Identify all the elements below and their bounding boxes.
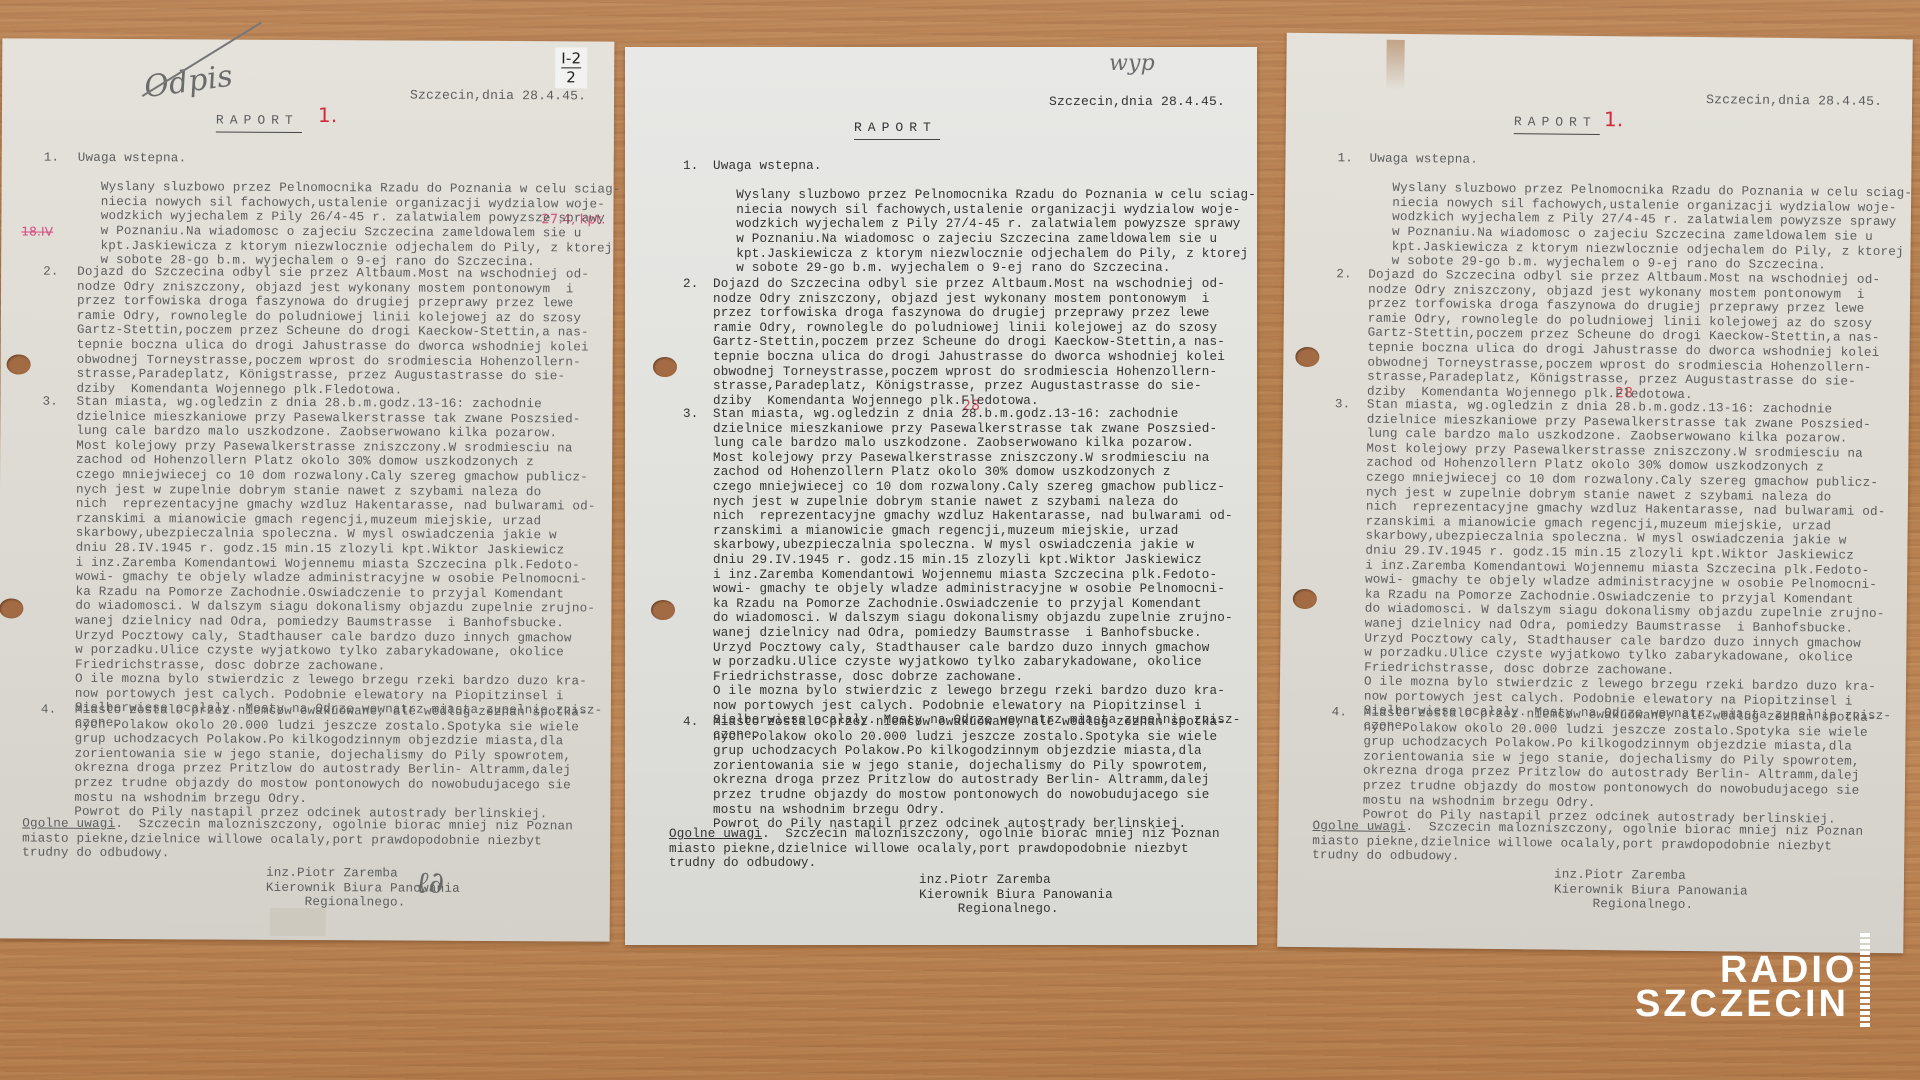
section-3-number: 3. (42, 395, 58, 410)
section-1-text: Uwaga wstepna. Wyslany sluzbowo przez Pe… (77, 151, 621, 271)
section-4-number: 4. (1332, 705, 1348, 720)
pencil-note-odpis: Odpis (144, 69, 234, 95)
general-remarks-label: Ogolne uwagi (669, 827, 762, 841)
section-4-number: 4. (41, 703, 57, 718)
section-2-text: Dojazd do Szczecina odbyl sie przez Altb… (1367, 268, 1880, 405)
section-1-number: 1. (683, 159, 699, 174)
section-3-number: 3. (683, 407, 699, 422)
title-underline (216, 132, 302, 133)
section-3-number: 3. (1335, 397, 1351, 412)
middle-report-page: wyp Szczecin,dnia 28.4.45. RAPORT 28 1. … (625, 47, 1257, 945)
section-2-text: Dojazd do Szczecina odbyl sie przez Altb… (76, 265, 589, 399)
section-4-text: Miasto zostalo przez niemcow ewakuowane,… (1363, 706, 1876, 828)
handwritten-signature: ℓ∂ (416, 877, 444, 892)
margin-note: 18.IV (21, 225, 53, 240)
section-1-number: 1. (1337, 151, 1353, 166)
archive-signature-tag: I-2 2 (555, 47, 587, 88)
section-2-number: 2. (1336, 267, 1352, 282)
red-report-number: 1. (1604, 112, 1624, 127)
report-date: Szczecin,dnia 28.4.45. (1049, 95, 1225, 110)
section-2-text: Dojazd do Szczecina odbyl sie przez Altb… (713, 277, 1225, 408)
report-date: Szczecin,dnia 28.4.45. (1706, 93, 1882, 109)
section-4-text: Miasto zostalo przez niemcow ewakuowane,… (713, 715, 1225, 832)
title-underline (854, 139, 940, 140)
punch-hole-lower (0, 598, 23, 618)
section-3-text: Stan miasta, wg.ogledzin z dnia 28.b.m.g… (1363, 398, 1894, 739)
report-title: RAPORT (1514, 115, 1597, 130)
section-3-text: Stan miasta, wg.ogledzin z dnia 28.b.m.g… (75, 395, 604, 733)
general-remarks: Ogolne uwagi. Szczecin malozniszczony, o… (669, 827, 1220, 871)
tape-strip (270, 908, 326, 936)
left-report-page: I-2 2 Odpis Szczecin,dnia 28.4.45. RAPOR… (0, 38, 614, 941)
right-report-page: Szczecin,dnia 28.4.45. RAPORT 1. 28 1. U… (1277, 33, 1913, 954)
general-remarks: Ogolne uwagi. Szczecin malozniszczony, o… (1312, 819, 1863, 869)
punch-hole-upper (1295, 347, 1319, 367)
logo-signal-bar-icon (1860, 933, 1870, 1028)
section-2-number: 2. (43, 265, 59, 280)
section-1-text: Uwaga wstepna. Wyslany sluzbowo przez Pe… (1368, 152, 1912, 274)
report-title: RAPORT (216, 114, 299, 129)
report-date: Szczecin,dnia 28.4.45. (410, 89, 586, 105)
signature-block: inz.Piotr Zaremba Kierownik Biura Panowa… (1554, 868, 1748, 914)
section-2-number: 2. (683, 277, 699, 292)
signature-block: inz.Piotr Zaremba Kierownik Biura Panowa… (919, 873, 1113, 917)
section-1-text: Uwaga wstepna. Wyslany sluzbowo przez Pe… (713, 159, 1256, 276)
logo-line-2: SZCZECIN (1635, 985, 1849, 1023)
punch-hole-lower (1293, 589, 1317, 609)
section-3-text: Stan miasta, wg.ogledzin z dnia 28.b.m.g… (713, 407, 1241, 743)
punch-hole-upper (653, 357, 677, 377)
red-report-number: 1. (318, 108, 338, 123)
general-remarks-label: Ogolne uwagi (1312, 819, 1405, 834)
general-remarks: Ogolne uwagi. Szczecin malozniszczony, o… (22, 817, 573, 864)
report-title: RAPORT (854, 121, 937, 136)
archive-tag-bottom: 2 (561, 67, 581, 86)
punch-hole-lower (651, 600, 675, 620)
archive-tag-top: I-2 (561, 49, 581, 67)
rust-stain (1386, 40, 1405, 90)
general-remarks-label: Ogolne uwagi (22, 817, 115, 831)
pencil-note-wyp: wyp (1109, 57, 1155, 72)
section-1-number: 1. (44, 151, 60, 166)
section-4-number: 4. (683, 715, 699, 730)
section-4-text: Miasto zostalo przez niemcow ewakuowane,… (74, 703, 587, 822)
title-underline (1514, 133, 1600, 135)
punch-hole-upper (7, 354, 31, 374)
